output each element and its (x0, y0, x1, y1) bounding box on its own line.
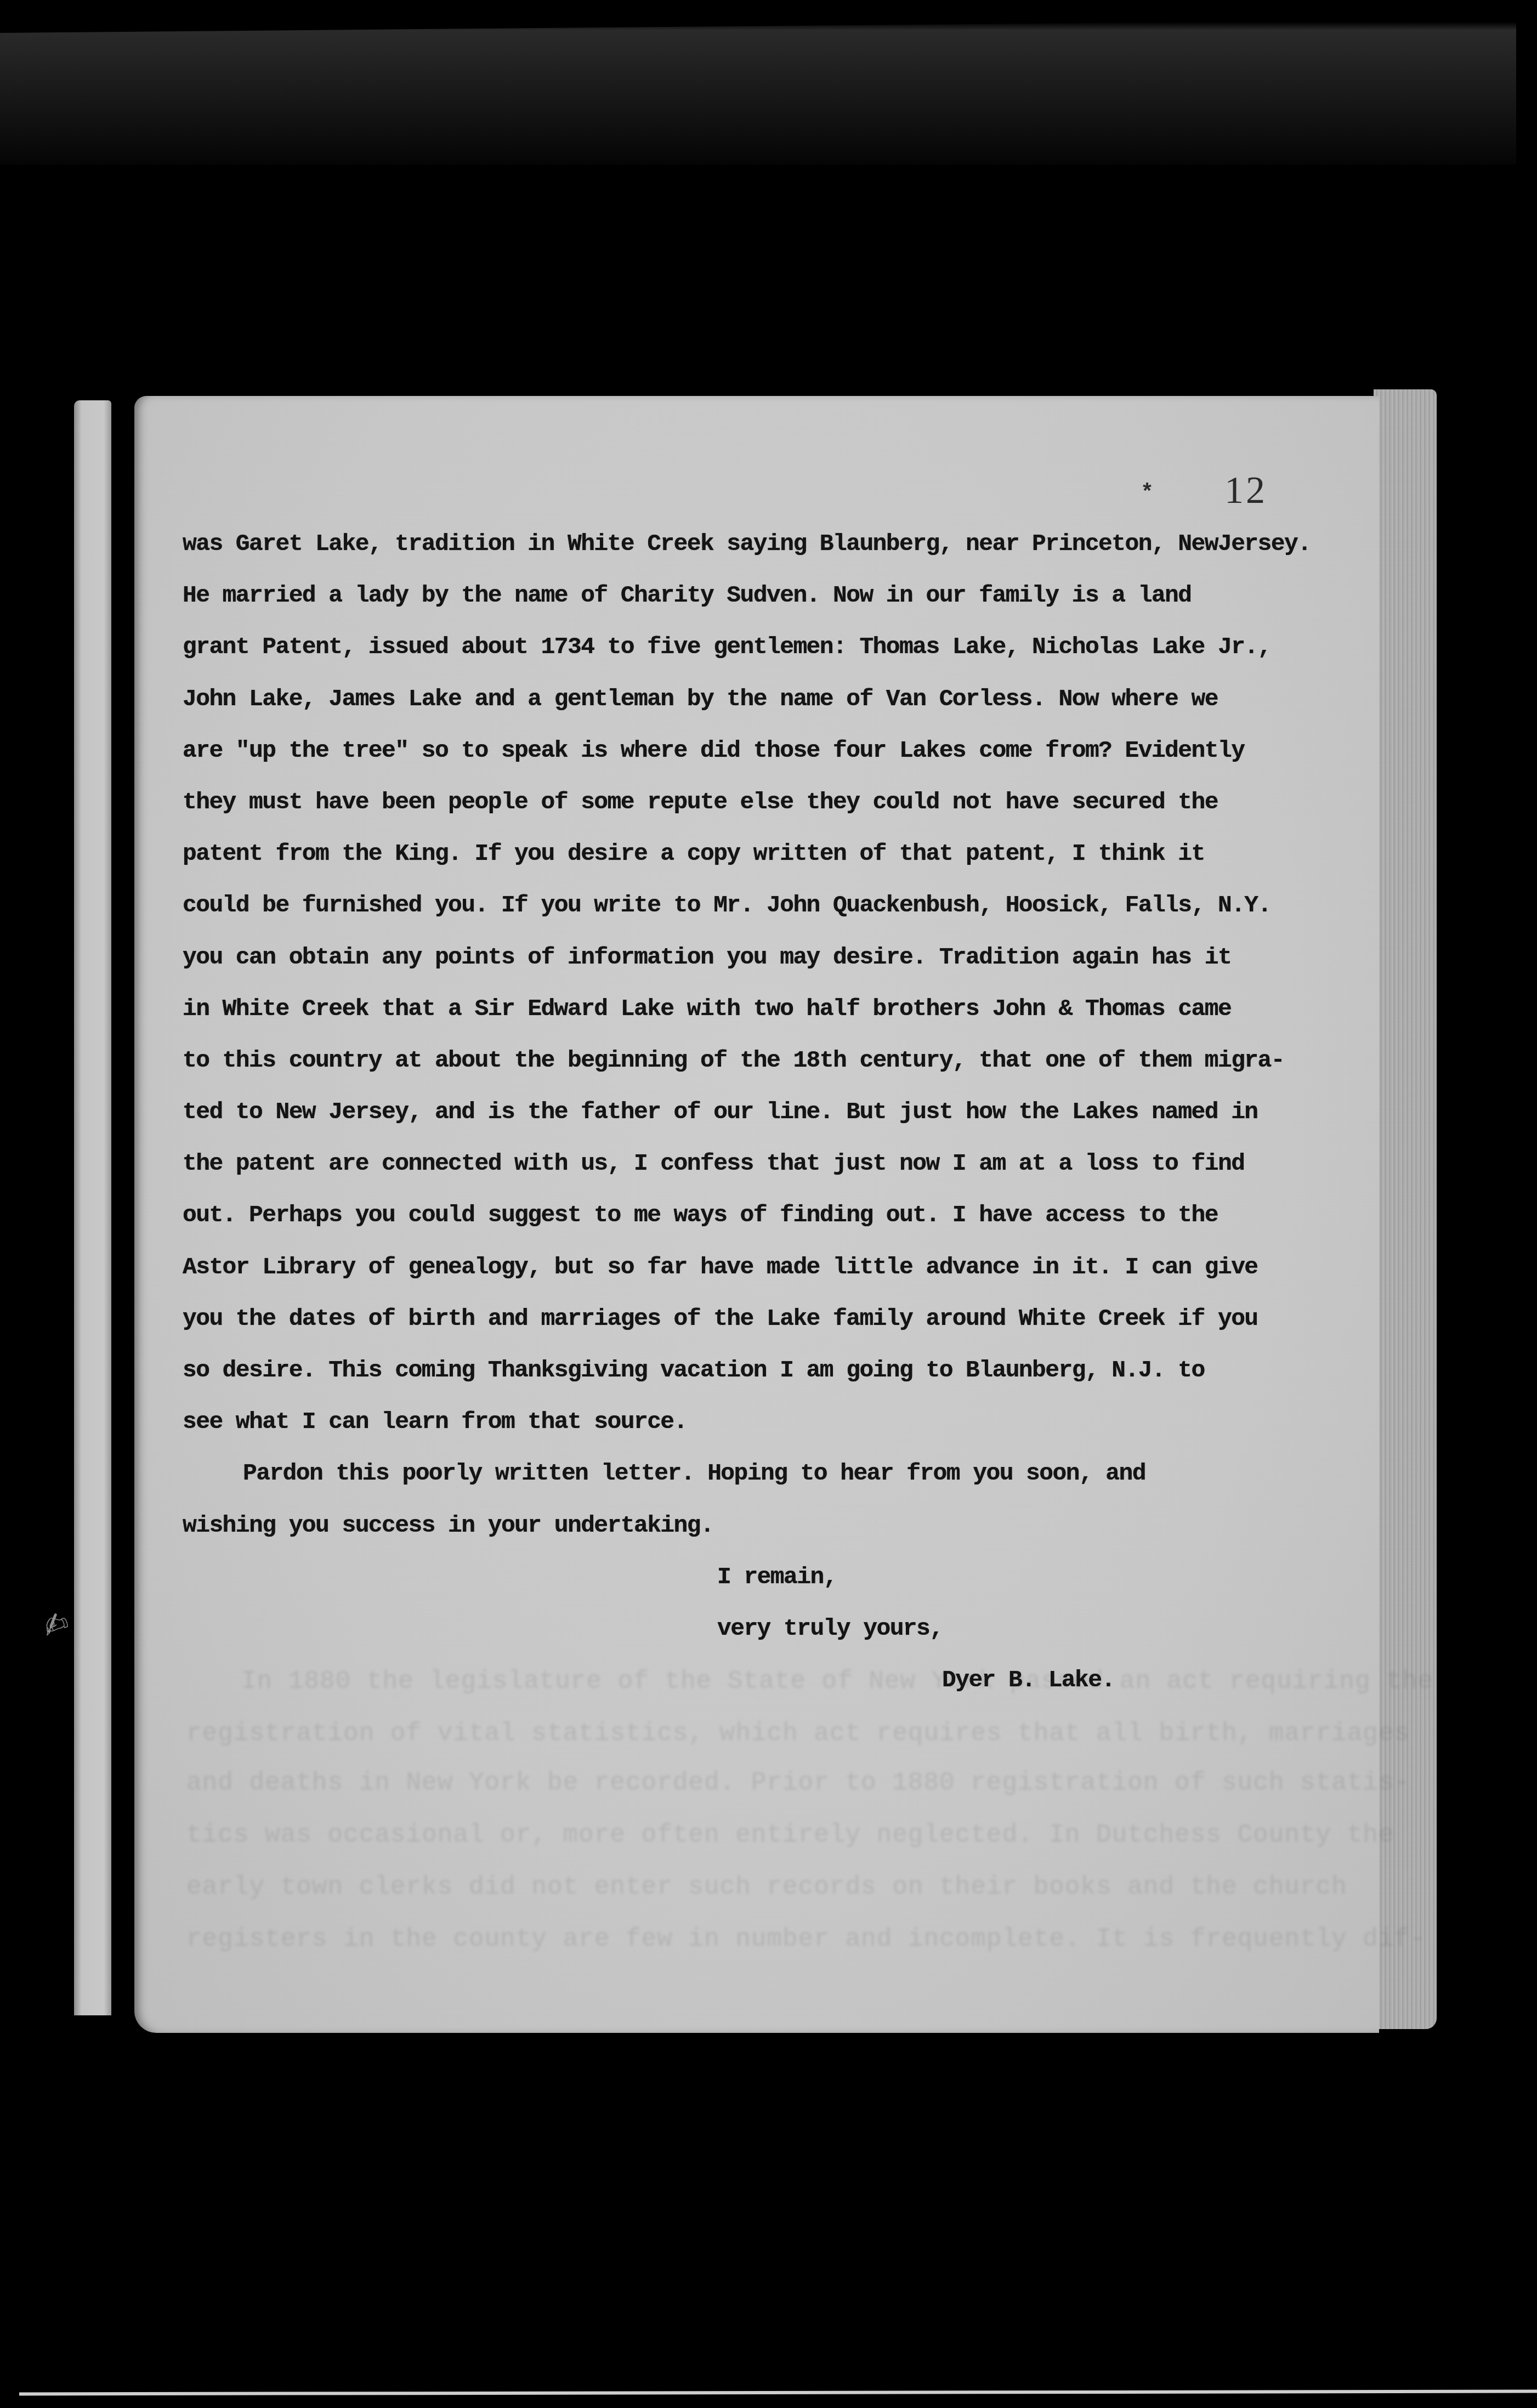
microfilm-top-border (0, 0, 1516, 165)
closing-valediction: very truly yours, (183, 1603, 1311, 1655)
body-line: are "up the tree" so to speak is where d… (183, 725, 1311, 777)
body-line: grant Patent, issued about 1734 to five … (183, 621, 1311, 673)
body-line: in White Creek that a Sir Edward Lake wi… (183, 983, 1311, 1035)
signature: Dyer B. Lake. (183, 1655, 1311, 1706)
microfilm-bottom-edge (19, 2390, 1537, 2396)
body-line: ted to New Jersey, and is the father of … (183, 1086, 1311, 1138)
body-line: could be furnished you. If you write to … (183, 880, 1311, 931)
margin-mark-icon: ✍ (37, 1604, 73, 1646)
corner-mark: * (1141, 481, 1154, 506)
closing-paragraph-line: Pardon this poorly written letter. Hopin… (183, 1448, 1311, 1499)
body-line: so desire. This coming Thanksgiving vaca… (183, 1345, 1311, 1396)
body-line: was Garet Lake, tradition in White Creek… (183, 518, 1311, 570)
body-line: patent from the King. If you desire a co… (183, 828, 1311, 880)
body-line: the patent are connected with us, I conf… (183, 1138, 1311, 1189)
body-line: John Lake, James Lake and a gentleman by… (183, 673, 1311, 725)
body-line: you the dates of birth and marriages of … (183, 1293, 1311, 1345)
body-line: to this country at about the beginning o… (183, 1035, 1311, 1086)
body-line: they must have been people of some reput… (183, 777, 1311, 828)
left-page-edge (74, 400, 111, 2015)
bleed-line: tics was occasional or, more often entir… (186, 1821, 1173, 1849)
letter-body: was Garet Lake, tradition in White Creek… (183, 518, 1311, 1706)
closing-remain: I remain, (183, 1551, 1311, 1603)
closing-paragraph-line: wishing you success in your undertaking. (183, 1500, 1311, 1551)
body-line: He married a lady by the name of Charity… (183, 570, 1311, 621)
body-line: out. Perhaps you could suggest to me way… (183, 1189, 1311, 1241)
bleed-line: registers in the county are few in numbe… (186, 1925, 1173, 1953)
bleed-line: registration of vital statistics, which … (186, 1719, 1173, 1748)
body-line: you can obtain any points of information… (183, 932, 1311, 983)
bleed-line: early town clerks did not enter such rec… (186, 1873, 1173, 1901)
page-number: 12 (1224, 469, 1267, 513)
body-line: see what I can learn from that source. (183, 1396, 1311, 1448)
bleed-line: and deaths in New York be recorded. Prio… (186, 1769, 1173, 1797)
body-line: Astor Library of genealogy, but so far h… (183, 1242, 1311, 1293)
